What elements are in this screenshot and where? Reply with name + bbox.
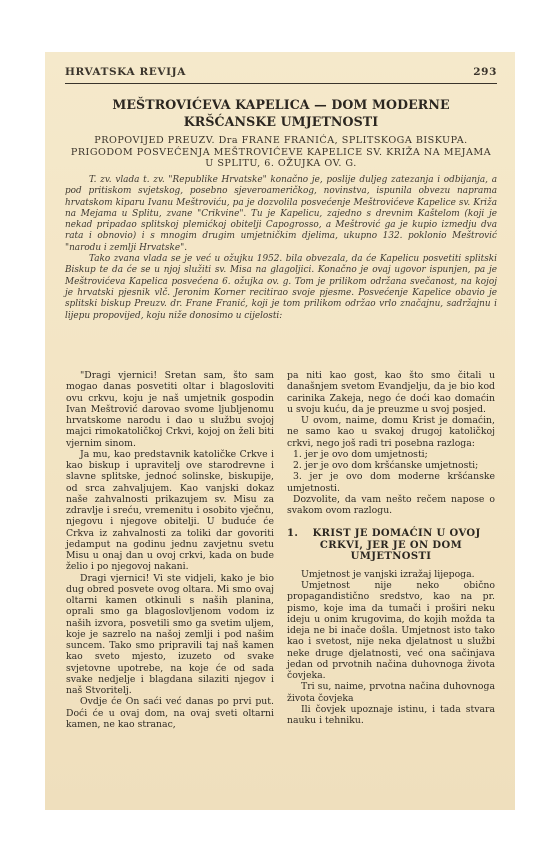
sermon-paragraph: Tri su, naime, prvotna načina duhovnoga … <box>287 681 495 704</box>
sermon-paragraph: Umjetnost je vanjski izražaj lijepoga. <box>287 569 495 580</box>
intro-paragraph: Tako zvana vlada se je već u ožujku 1952… <box>65 254 497 322</box>
sermon-paragraph: pa niti kao gost, kao što smo čitali u d… <box>287 370 495 415</box>
sermon-paragraph: Ovdje će On saći već danas po prvi put. … <box>66 696 274 730</box>
article-title: MEŠTROVIĆEVA KAPELICA — DOM MODERNE KRŠĆ… <box>65 96 497 130</box>
running-header: HRVATSKA REVIJA 293 <box>65 62 497 82</box>
page-number: 293 <box>473 66 497 78</box>
section-number: 1. <box>287 528 298 540</box>
sermon-paragraph: Dragi vjernici! Vi ste vidjeli, kako je … <box>66 573 274 697</box>
editorial-intro: T. zv. vlada t. zv. "Republike Hrvatske"… <box>65 175 497 322</box>
header-rule <box>65 83 497 84</box>
scanned-page: HRVATSKA REVIJA 293 MEŠTROVIĆEVA KAPELIC… <box>45 52 515 810</box>
sermon-paragraph: "Dragi vjernici! Sretan sam, što sam mog… <box>66 370 274 449</box>
reason-item: 2. jer je ovo dom kršćanske umjetnosti; <box>287 460 495 471</box>
section-heading-text: KRIST JE DOMAĆIN U OVOJ CRKVI, JER JE ON… <box>313 528 481 562</box>
sermon-left-column: "Dragi vjernici! Sretan sam, što sam mog… <box>66 370 274 730</box>
section-heading: 1. KRIST JE DOMAĆIN U OVOJ CRKVI, JER JE… <box>287 528 495 563</box>
reason-item: 1. jer je ovo dom umjetnosti; <box>287 449 495 460</box>
sermon-paragraph: Ili čovjek upoznaje istinu, i tada stvar… <box>287 704 495 727</box>
sermon-paragraph: Umjetnost nije neko obično propagandisti… <box>287 580 495 681</box>
reason-item: 3. jer je ovo dom moderne kršćanske umje… <box>287 471 495 494</box>
sermon-right-column: pa niti kao gost, kao što smo čitali u d… <box>287 370 495 726</box>
article-subtitle: PROPOVIJED PREUZV. Dra FRANE FRANIĆA, SP… <box>65 135 497 170</box>
sermon-paragraph: Dozvolite, da vam nešto rečem napose o s… <box>287 494 495 517</box>
journal-name: HRVATSKA REVIJA <box>65 66 186 78</box>
sermon-paragraph: U ovom, naime, domu Krist je domaćin, ne… <box>287 415 495 449</box>
intro-paragraph: T. zv. vlada t. zv. "Republike Hrvatske"… <box>65 175 497 254</box>
sermon-paragraph: Ja mu, kao predstavnik katoličke Crkve i… <box>66 449 274 573</box>
